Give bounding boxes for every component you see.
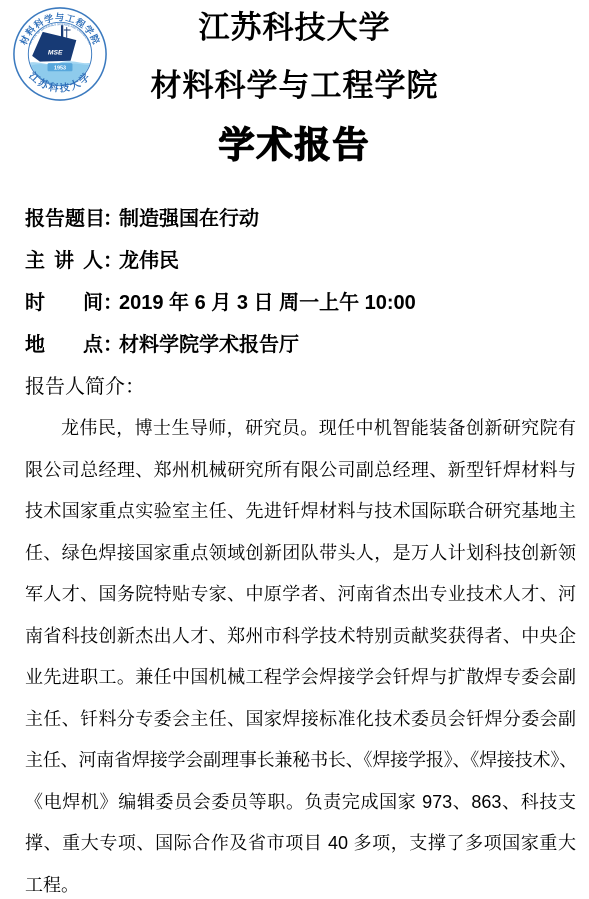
meta-row-time: 时间：2019 年 6 月 3 日 周一上午 10:00 [25,282,576,324]
bio-line: 撑、重大专项、国际合作及省市项目 40 多项，支撑了多项国家重大 [25,823,576,865]
bio-line: 《电焊机》编辑委员会委员等职。负责完成国家 973、863、科技支 [25,782,576,824]
meta-value: 2019 年 6 月 3 日 周一上午 10:00 [119,292,416,314]
meta-block: 报告题目：制造强国在行动 主讲人：龙伟民 时间：2019 年 6 月 3 日 周… [0,198,589,408]
meta-row-report-title: 报告题目：制造强国在行动 [25,198,576,240]
meta-value: 制造强国在行动 [119,208,259,230]
logo-year-label: 1953 [54,65,66,71]
meta-row-speaker: 主讲人：龙伟民 [25,240,576,282]
bio-heading: 报告人简介： [25,366,576,408]
meta-value: 龙伟民 [119,250,179,272]
bio-line: 主任、钎料分专委会主任、国家焊接标准化技术委员会钎焊分委会副 [25,699,576,741]
meta-colon: ： [103,282,119,324]
bio-line: 军人才、国务院特贴专家、中原学者、河南省杰出专业技术人才、河 [25,574,576,616]
bio-line: 任、绿色焊接国家重点领域创新团队带头人，是万人计划科技创新领 [25,533,576,575]
document-page: 材料科学与工程学院 SCHOOL OF MATERIALS SCIENCE AN… [0,0,589,899]
bio-paragraph: 龙伟民，博士生导师，研究员。现任中机智能装备创新研究院有 限公司总经理、郑州机械… [0,408,576,899]
meta-colon: ： [103,324,119,366]
meta-value: 材料学院学术报告厅 [119,334,299,356]
university-logo: 材料科学与工程学院 SCHOOL OF MATERIALS SCIENCE AN… [12,6,108,102]
meta-colon: ： [103,240,119,282]
meta-label: 报告题目 [25,198,103,240]
logo-ship-label: MSE [48,49,63,56]
bio-line: 南省科技创新杰出人才、郑州市科学技术特别贡献奖获得者、中央企 [25,616,576,658]
bio-line: 工程。 [25,865,576,899]
bio-line: 技术国家重点实验室主任、先进钎焊材料与技术国际联合研究基地主 [25,491,576,533]
meta-label: 地点 [25,324,103,366]
meta-label: 主讲人 [25,240,103,282]
bio-line: 业先进职工。兼任中国机械工程学会焊接学会钎焊与扩散焊专委会副 [25,657,576,699]
bio-line: 限公司总经理、郑州机械研究所有限公司副总经理、新型钎焊材料与 [25,450,576,492]
meta-colon: ： [103,198,119,240]
bio-line: 主任、河南省焊接学会副理事长兼秘书长、《焊接学报》、《焊接技术》、 [25,740,576,782]
meta-label: 时间 [25,282,103,324]
bio-line: 龙伟民，博士生导师，研究员。现任中机智能装备创新研究院有 [25,408,576,450]
meta-row-location: 地点：材料学院学术报告厅 [25,324,576,366]
doc-type-title: 学术报告 [0,124,589,166]
